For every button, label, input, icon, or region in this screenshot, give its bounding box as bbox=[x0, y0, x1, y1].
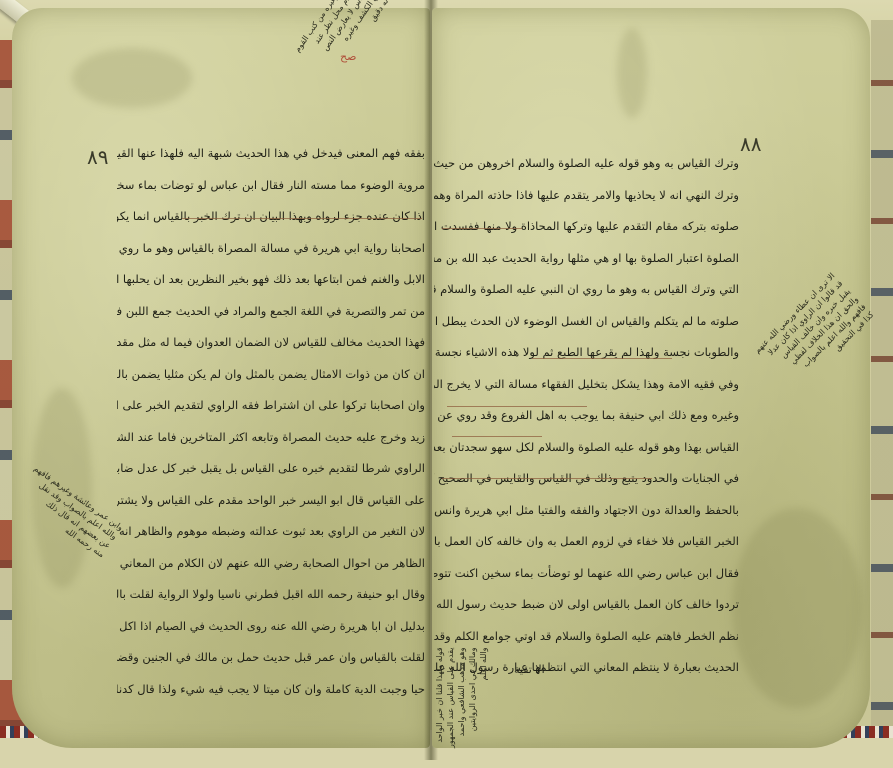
inner-margin-gloss: قوله ولهذا قلنا ان خبر الواحد يقدم على ا… bbox=[434, 647, 489, 748]
text-line: ان كان من ذوات الامثال يضمن بالمثل وان ل… bbox=[117, 359, 425, 391]
text-line: الصلوة اعتبار الصلوة بها او هي مثلها روا… bbox=[434, 243, 739, 275]
overline-rule bbox=[442, 228, 522, 229]
overline-rule bbox=[532, 358, 672, 359]
text-line: مروية الوضوء مما مسته النار فقال ابن عبا… bbox=[117, 170, 425, 202]
right-cloth-edge bbox=[871, 20, 893, 740]
overline-rule bbox=[447, 406, 587, 407]
text-line: وقال ابو حنيفة رحمه الله اقبل فطرني ناسي… bbox=[117, 579, 425, 611]
text-line: وفي فقيه الامة وهذا يشكل بتخليل الفقهاء … bbox=[434, 369, 739, 401]
text-line: الخبر القياس فلا خفاء في لزوم العمل به و… bbox=[434, 526, 739, 558]
folio-number: ٨٩ bbox=[87, 145, 108, 169]
text-line: لان التغير من الراوي بعد ثبوت عدالته وضب… bbox=[117, 516, 425, 548]
text-line: الظاهر من احوال الصحابة رضي الله عنهم لا… bbox=[117, 548, 425, 580]
text-line: فقال ابن عباس رضي الله عنهما لو توضأت بم… bbox=[434, 558, 739, 590]
text-line: بفقه فهم المعنى فيدخل في هذا الحديث شبهة… bbox=[117, 138, 425, 170]
text-line: وغيره ومع ذلك ابي حنيفة بما يوجب به اهل … bbox=[434, 400, 739, 432]
text-line: زيد وخرج عليه حديث المصراة وتابعه اكثر ا… bbox=[117, 422, 425, 454]
text-line: على القياس قال ابو اليسر خبر الواحد مقدم… bbox=[117, 485, 425, 517]
paper-stain bbox=[732, 508, 862, 708]
text-line: وترك القياس به وهو قوله عليه الصلوة والس… bbox=[434, 148, 739, 180]
text-line: اصحابنا رواية ابي هريرة في مسالة المصراة… bbox=[117, 233, 425, 265]
text-line: حيا وجبت الدية كاملة وان كان ميتا لا يجب… bbox=[117, 674, 425, 706]
right-margin-gloss: الا ترى ان عطاء ورضي الله عنهم قد قالوا … bbox=[752, 271, 876, 395]
text-line: الراوي شرطا لتقديم خبره على القياس بل يق… bbox=[117, 453, 425, 485]
text-line: من تمر والتصرية في اللغة الجمع والمراد ف… bbox=[117, 296, 425, 328]
paper-stain bbox=[72, 48, 192, 108]
text-line: الابل والغنم فمن ابتاعها بعد ذلك فهو بخي… bbox=[117, 264, 425, 296]
text-line: بالحفظ والعدالة دون الاجتهاد والفقه والف… bbox=[434, 495, 739, 527]
text-line: وترك النهي انه لا يحاذيها والامر يتقدم ع… bbox=[434, 180, 739, 212]
overline-rule bbox=[442, 478, 652, 479]
right-page: ٨٨ وترك القياس به وهو قوله عليه الصلوة و… bbox=[432, 8, 870, 748]
text-line: والطوبات نجسة ولهذا لم يقرعها الطبع ثم ل… bbox=[434, 337, 739, 369]
text-line: تردوا خالف كان العمل بالقياس اولى لان ضب… bbox=[434, 589, 739, 621]
text-line: وان اصحابنا تركوا على ان اشتراط فقه الرا… bbox=[117, 390, 425, 422]
overline-rule bbox=[452, 436, 542, 437]
text-line: بدليل ان ابا هريرة رضي الله عنه روى الحد… bbox=[117, 611, 425, 643]
overline-rule bbox=[182, 218, 422, 219]
folio-number: ٨٨ bbox=[740, 132, 761, 156]
top-margin-gloss: وصرح به في الاصول وغيره من كتب القوم ولا… bbox=[292, 0, 417, 80]
left-page: ٨٩ صح وصرح به في الاصول وغيره من كتب الق… bbox=[12, 8, 430, 748]
paper-stain bbox=[617, 28, 647, 118]
text-line: صلوته بتركه مقام التقدم عليها وتركها الم… bbox=[434, 211, 739, 243]
text-line: التي وترك القياس به وهو ما روي ان النبي … bbox=[434, 274, 739, 306]
text-line: لقلت بالقياس وان عمر قبل حديث حمل بن مال… bbox=[117, 642, 425, 674]
text-line: فهذا الحديث مخالف للقياس لان الضمان العد… bbox=[117, 327, 425, 359]
left-main-text: بفقه فهم المعنى فيدخل في هذا الحديث شبهة… bbox=[117, 138, 425, 705]
colophon-word: الا تقية bbox=[514, 663, 545, 676]
text-line: اذا كان عنده جزء لرواه وبهذا البيان ان ت… bbox=[117, 201, 425, 233]
text-line: صلوته ما لم يتكلم والقياس ان الغسل الوضو… bbox=[434, 306, 739, 338]
